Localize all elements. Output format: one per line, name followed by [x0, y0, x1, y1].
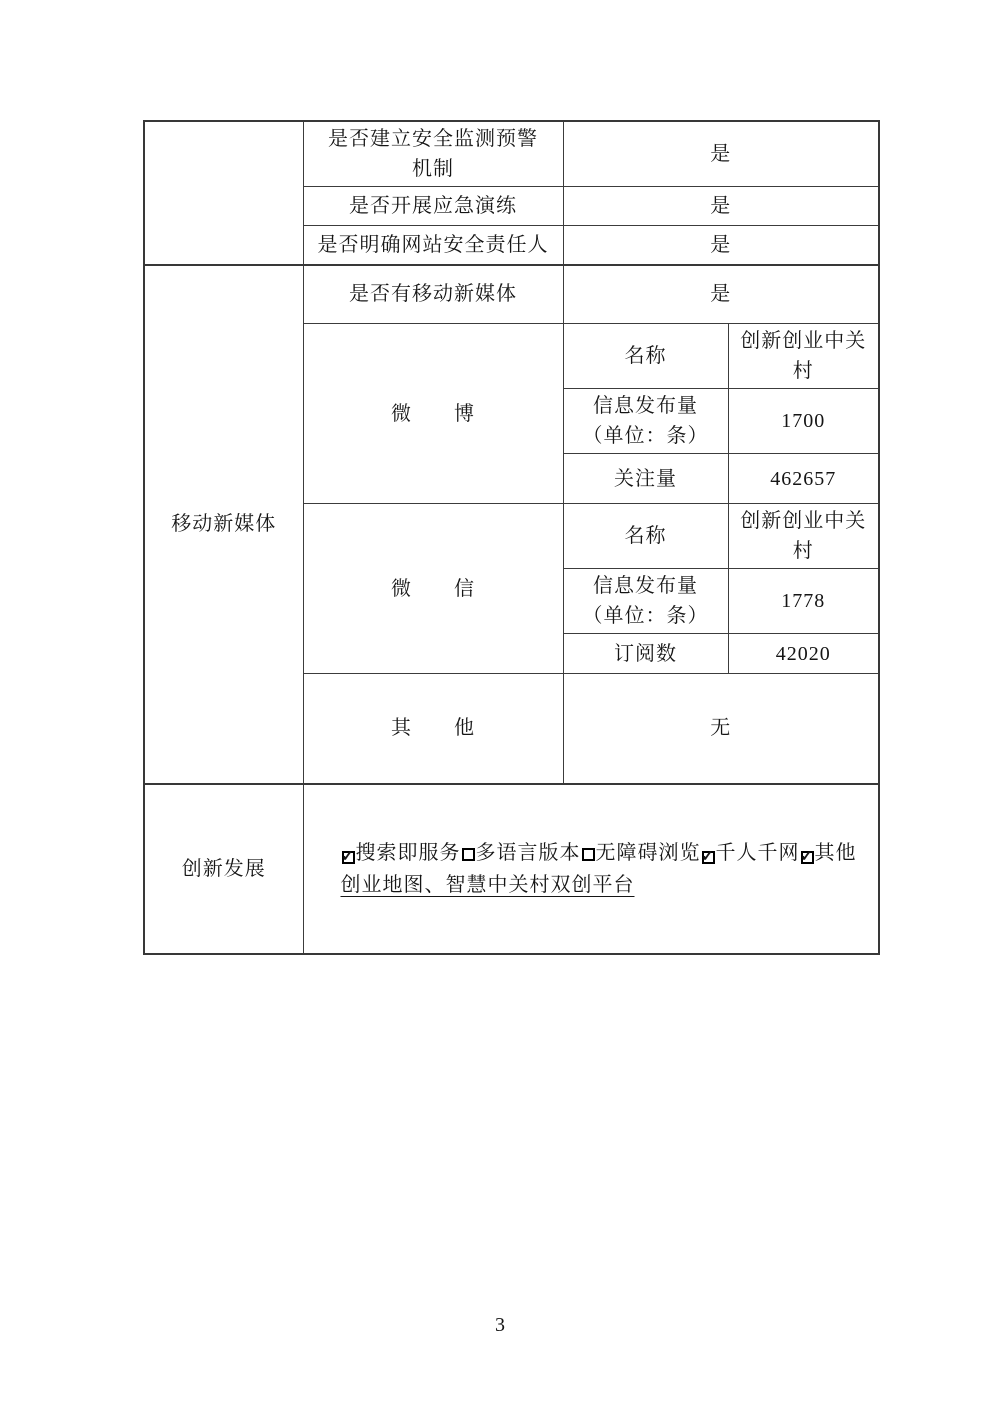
checkbox-unchecked-icon [462, 848, 475, 861]
answer-value: 无 [563, 674, 879, 784]
field-label: 信息发布量 （单位：条） [563, 389, 728, 454]
innovation-other-detail: 创业地图、智慧中关村双创平台 [341, 869, 865, 901]
wechat-group-label: 微 信 [303, 504, 563, 674]
field-label: 名称 [563, 504, 728, 569]
innovation-option: 无障碍浏览 [581, 842, 701, 864]
checkbox-checked-icon [702, 851, 715, 864]
field-value: 462657 [728, 454, 879, 504]
answer-value: 是 [563, 187, 879, 226]
option-label: 无障碍浏览 [596, 842, 701, 864]
field-value: 创新创业中关 村 [728, 504, 879, 569]
field-label: 名称 [563, 324, 728, 389]
table-row: 是否建立安全监测预警 机制 是 [144, 121, 879, 187]
field-label: 订阅数 [563, 634, 728, 674]
innovation-content-cell: 搜索即服务多语言版本无障碍浏览千人千网其他 创业地图、智慧中关村双创平台 [303, 784, 879, 954]
table-row: 移动新媒体 是否有移动新媒体 是 [144, 265, 879, 324]
innovation-option: 多语言版本 [461, 842, 581, 864]
innovation-option: 搜索即服务 [341, 842, 461, 864]
other-group-label: 其 他 [303, 674, 563, 784]
answer-value: 是 [563, 226, 879, 265]
category-cell-mobile-media: 移动新媒体 [144, 265, 303, 784]
field-value: 42020 [728, 634, 879, 674]
option-label: 多语言版本 [476, 842, 581, 864]
question-label: 是否有移动新媒体 [303, 265, 563, 324]
question-label: 是否建立安全监测预警 机制 [303, 121, 563, 187]
category-cell-empty [144, 121, 303, 265]
option-label: 千人千网 [716, 842, 800, 864]
checkbox-checked-icon [342, 851, 355, 864]
answer-value: 是 [563, 265, 879, 324]
field-value: 创新创业中关 村 [728, 324, 879, 389]
innovation-option: 其他 [800, 842, 857, 864]
innovation-options-line: 搜索即服务多语言版本无障碍浏览千人千网其他 [341, 837, 865, 869]
field-value: 1778 [728, 569, 879, 634]
option-label: 其他 [815, 842, 857, 864]
option-label: 搜索即服务 [356, 842, 461, 864]
document-page: 是否建立安全监测预警 机制 是 是否开展应急演练 是 是否明确网站安全责任人 是… [0, 0, 1000, 1414]
checkbox-unchecked-icon [582, 848, 595, 861]
table-row: 创新发展 搜索即服务多语言版本无障碍浏览千人千网其他 创业地图、智慧中关村双创平… [144, 784, 879, 954]
page-number: 3 [0, 1314, 1000, 1337]
weibo-group-label: 微 博 [303, 324, 563, 504]
answer-value: 是 [563, 121, 879, 187]
field-value: 1700 [728, 389, 879, 454]
category-cell-innovation: 创新发展 [144, 784, 303, 954]
field-label: 信息发布量 （单位：条） [563, 569, 728, 634]
annual-report-table: 是否建立安全监测预警 机制 是 是否开展应急演练 是 是否明确网站安全责任人 是… [143, 120, 880, 955]
field-label: 关注量 [563, 454, 728, 504]
question-label: 是否明确网站安全责任人 [303, 226, 563, 265]
question-label: 是否开展应急演练 [303, 187, 563, 226]
checkbox-checked-icon [801, 851, 814, 864]
innovation-option: 千人千网 [701, 842, 800, 864]
